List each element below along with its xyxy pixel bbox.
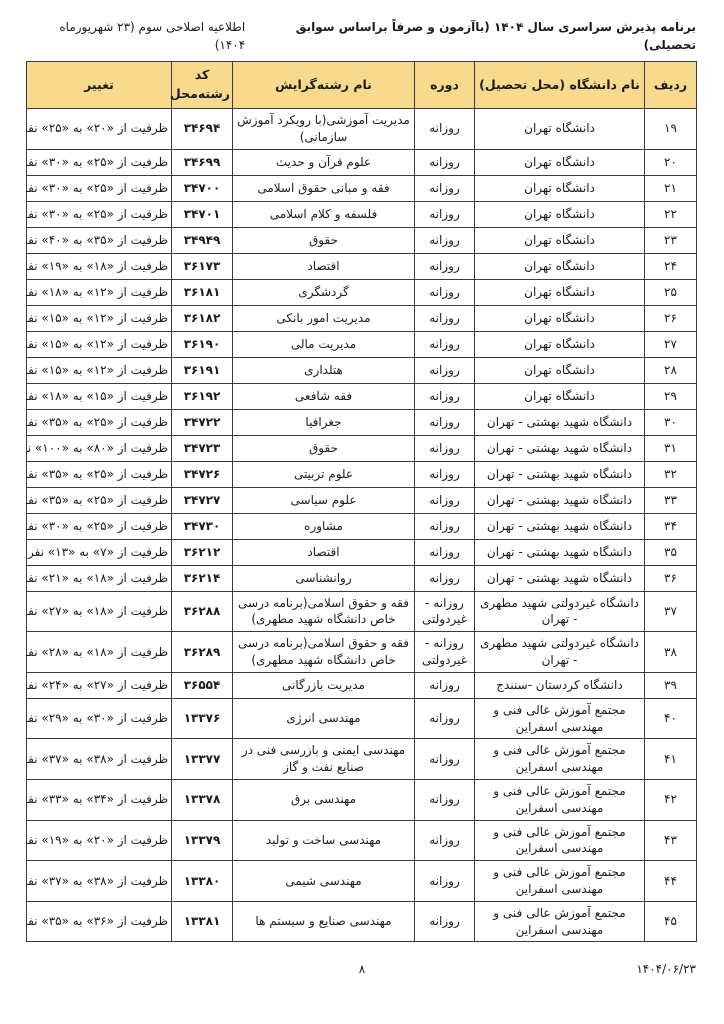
university-name-cell: دانشگاه کردستان -سنندج <box>475 672 645 698</box>
period-cell: روزانه <box>415 149 475 175</box>
university-name-cell: مجتمع آموزش عالی فنی و مهندسی اسفراین <box>475 861 645 902</box>
table-row: ۴۱مجتمع آموزش عالی فنی و مهندسی اسفراینر… <box>27 739 697 780</box>
table-row: ۳۸دانشگاه غیردولتی شهید مطهری - تهرانروز… <box>27 632 697 673</box>
program-code-cell: ۳۶۱۷۳ <box>172 253 233 279</box>
university-name-cell: مجتمع آموزش عالی فنی و مهندسی اسفراین <box>475 820 645 861</box>
row-number-cell: ۳۹ <box>645 672 697 698</box>
capacity-change-cell: ظرفیت از «۱۸» به «۲۱» نفر <box>27 565 172 591</box>
row-number-cell: ۲۴ <box>645 253 697 279</box>
university-name-cell: دانشگاه تهران <box>475 357 645 383</box>
program-code-cell: ۱۳۳۸۱ <box>172 901 233 942</box>
capacity-change-cell: ظرفیت از «۱۲» به «۱۵» نفر <box>27 305 172 331</box>
field-name-cell: فقه و حقوق اسلامی(برنامه درسی خاص دانشگا… <box>233 632 415 673</box>
amendment-notice: اطلاعیه اصلاحی سوم (۲۳ شهریورماه ۱۴۰۴) <box>28 18 245 54</box>
capacity-change-cell: ظرفیت از «۱۸» به «۲۷» نفر <box>27 591 172 632</box>
row-number-cell: ۳۶ <box>645 565 697 591</box>
period-cell: روزانه <box>415 201 475 227</box>
period-cell: روزانه <box>415 357 475 383</box>
footer-date: ۱۴۰۴/۰۶/۲۳ <box>636 962 696 976</box>
period-cell: روزانه - غیردولتی <box>415 591 475 632</box>
university-name-cell: دانشگاه شهید بهشتی - تهران <box>475 435 645 461</box>
row-number-cell: ۲۸ <box>645 357 697 383</box>
period-cell: روزانه <box>415 779 475 820</box>
period-cell: روزانه <box>415 409 475 435</box>
table-row: ۴۵مجتمع آموزش عالی فنی و مهندسی اسفراینر… <box>27 901 697 942</box>
university-name-cell: دانشگاه تهران <box>475 109 645 150</box>
university-name-cell: دانشگاه شهید بهشتی - تهران <box>475 539 645 565</box>
col-header-change: تغییر <box>27 62 172 109</box>
col-header-row-number: ردیف <box>645 62 697 109</box>
row-number-cell: ۳۲ <box>645 461 697 487</box>
field-name-cell: مهندسی برق <box>233 779 415 820</box>
field-name-cell: فقه و مبانی حقوق اسلامی <box>233 175 415 201</box>
row-number-cell: ۲۹ <box>645 383 697 409</box>
field-name-cell: مدیریت آموزشی(با رویکرد آموزش سازمانی) <box>233 109 415 150</box>
program-code-cell: ۳۴۷۳۰ <box>172 513 233 539</box>
table-row: ۴۴مجتمع آموزش عالی فنی و مهندسی اسفراینر… <box>27 861 697 902</box>
capacity-change-cell: ظرفیت از «۲۰» به «۲۵» نفر <box>27 109 172 150</box>
period-cell: روزانه <box>415 331 475 357</box>
university-name-cell: دانشگاه تهران <box>475 201 645 227</box>
field-name-cell: مهندسی انرژی <box>233 698 415 739</box>
period-cell: روزانه <box>415 435 475 461</box>
table-row: ۳۱دانشگاه شهید بهشتی - تهرانروزانهحقوق۳۴… <box>27 435 697 461</box>
field-name-cell: علوم تربیتی <box>233 461 415 487</box>
university-name-cell: مجتمع آموزش عالی فنی و مهندسی اسفراین <box>475 901 645 942</box>
program-code-cell: ۳۴۹۴۹ <box>172 227 233 253</box>
table-row: ۲۹دانشگاه تهرانروزانهفقه شافعی۳۶۱۹۲ظرفیت… <box>27 383 697 409</box>
page-footer: ۸ ۱۴۰۴/۰۶/۲۳ <box>27 962 697 980</box>
program-code-cell: ۳۶۱۹۱ <box>172 357 233 383</box>
period-cell: روزانه - غیردولتی <box>415 632 475 673</box>
capacity-change-cell: ظرفیت از «۲۵» به «۳۰» نفر <box>27 201 172 227</box>
row-number-cell: ۲۶ <box>645 305 697 331</box>
row-number-cell: ۴۰ <box>645 698 697 739</box>
university-name-cell: دانشگاه شهید بهشتی - تهران <box>475 487 645 513</box>
program-code-cell: ۳۴۷۰۰ <box>172 175 233 201</box>
table-row: ۲۶دانشگاه تهرانروزانهمدیریت امور بانکی۳۶… <box>27 305 697 331</box>
capacity-change-cell: ظرفیت از «۸۰» به «۱۰۰» نفر <box>27 435 172 461</box>
capacity-change-cell: ظرفیت از «۱۸» به «۱۹» نفر <box>27 253 172 279</box>
capacity-change-cell: ظرفیت از «۳۶» به «۳۵» نفر <box>27 901 172 942</box>
table-row: ۱۹دانشگاه تهرانروزانهمدیریت آموزشی(با رو… <box>27 109 697 150</box>
capacity-change-cell: ظرفیت از «۱۲» به «۱۵» نفر <box>27 357 172 383</box>
field-name-cell: روانشناسی <box>233 565 415 591</box>
program-code-cell: ۳۴۷۲۷ <box>172 487 233 513</box>
university-name-cell: دانشگاه شهید بهشتی - تهران <box>475 409 645 435</box>
field-name-cell: مهندسی ساخت و تولید <box>233 820 415 861</box>
period-cell: روزانه <box>415 820 475 861</box>
table-row: ۲۱دانشگاه تهرانروزانهفقه و مبانی حقوق اس… <box>27 175 697 201</box>
row-number-cell: ۴۳ <box>645 820 697 861</box>
capacity-change-cell: ظرفیت از «۲۵» به «۳۵» نفر <box>27 461 172 487</box>
table-row: ۲۰دانشگاه تهرانروزانهعلوم قرآن و حدیث۳۴۶… <box>27 149 697 175</box>
university-name-cell: دانشگاه تهران <box>475 227 645 253</box>
university-name-cell: دانشگاه تهران <box>475 279 645 305</box>
field-name-cell: علوم قرآن و حدیث <box>233 149 415 175</box>
program-code-cell: ۳۴۷۲۶ <box>172 461 233 487</box>
period-cell: روزانه <box>415 383 475 409</box>
program-code-cell: ۱۳۳۸۰ <box>172 861 233 902</box>
capacity-change-cell: ظرفیت از «۳۸» به «۳۷» نفر <box>27 861 172 902</box>
university-name-cell: مجتمع آموزش عالی فنی و مهندسی اسفراین <box>475 739 645 780</box>
capacity-change-cell: ظرفیت از «۳۸» به «۳۷» نفر <box>27 739 172 780</box>
program-code-cell: ۳۴۶۹۹ <box>172 149 233 175</box>
field-name-cell: مهندسی ایمنی و بازرسی فنی در صنایع نفت و… <box>233 739 415 780</box>
row-number-cell: ۳۳ <box>645 487 697 513</box>
field-name-cell: حقوق <box>233 227 415 253</box>
university-name-cell: دانشگاه تهران <box>475 383 645 409</box>
period-cell: روزانه <box>415 565 475 591</box>
program-code-cell: ۳۶۲۱۴ <box>172 565 233 591</box>
table-row: ۲۴دانشگاه تهرانروزانهاقتصاد۳۶۱۷۳ظرفیت از… <box>27 253 697 279</box>
admissions-table-body: ۱۹دانشگاه تهرانروزانهمدیریت آموزشی(با رو… <box>27 109 697 942</box>
field-name-cell: مدیریت امور بانکی <box>233 305 415 331</box>
field-name-cell: مشاوره <box>233 513 415 539</box>
table-row: ۳۳دانشگاه شهید بهشتی - تهرانروزانهعلوم س… <box>27 487 697 513</box>
row-number-cell: ۲۲ <box>645 201 697 227</box>
period-cell: روزانه <box>415 487 475 513</box>
period-cell: روزانه <box>415 698 475 739</box>
admissions-table: ردیف نام دانشگاه (محل تحصیل) دوره نام رش… <box>26 61 697 942</box>
capacity-change-cell: ظرفیت از «۲۵» به «۳۰» نفر <box>27 175 172 201</box>
capacity-change-cell: ظرفیت از «۱۲» به «۱۸» نفر <box>27 279 172 305</box>
university-name-cell: دانشگاه غیردولتی شهید مطهری - تهران <box>475 632 645 673</box>
university-name-cell: مجتمع آموزش عالی فنی و مهندسی اسفراین <box>475 779 645 820</box>
col-header-period: دوره <box>415 62 475 109</box>
university-name-cell: دانشگاه شهید بهشتی - تهران <box>475 565 645 591</box>
field-name-cell: فقه شافعی <box>233 383 415 409</box>
university-name-cell: دانشگاه شهید بهشتی - تهران <box>475 513 645 539</box>
program-code-cell: ۳۶۱۹۰ <box>172 331 233 357</box>
program-code-cell: ۳۴۷۰۱ <box>172 201 233 227</box>
field-name-cell: اقتصاد <box>233 539 415 565</box>
table-row: ۴۲مجتمع آموزش عالی فنی و مهندسی اسفراینر… <box>27 779 697 820</box>
program-code-cell: ۱۳۳۷۹ <box>172 820 233 861</box>
period-cell: روزانه <box>415 227 475 253</box>
table-row: ۴۳مجتمع آموزش عالی فنی و مهندسی اسفراینر… <box>27 820 697 861</box>
table-row: ۲۳دانشگاه تهرانروزانهحقوق۳۴۹۴۹ظرفیت از «… <box>27 227 697 253</box>
university-name-cell: دانشگاه شهید بهشتی - تهران <box>475 461 645 487</box>
capacity-change-cell: ظرفیت از «۲۰» به «۱۹» نفر <box>27 820 172 861</box>
capacity-change-cell: ظرفیت از «۲۵» به «۳۰» نفر <box>27 513 172 539</box>
document-page: برنامه پذیرش سراسری سال ۱۴۰۴ (باآزمون و … <box>0 0 724 1024</box>
row-number-cell: ۳۸ <box>645 632 697 673</box>
field-name-cell: حقوق <box>233 435 415 461</box>
table-row: ۳۲دانشگاه شهید بهشتی - تهرانروزانهعلوم ت… <box>27 461 697 487</box>
period-cell: روزانه <box>415 175 475 201</box>
col-header-university: نام دانشگاه (محل تحصیل) <box>475 62 645 109</box>
capacity-change-cell: ظرفیت از «۱۵» به «۱۸» نفر <box>27 383 172 409</box>
university-name-cell: دانشگاه تهران <box>475 175 645 201</box>
period-cell: روزانه <box>415 253 475 279</box>
row-number-cell: ۲۱ <box>645 175 697 201</box>
field-name-cell: اقتصاد <box>233 253 415 279</box>
program-code-cell: ۳۴۷۲۳ <box>172 435 233 461</box>
table-row: ۳۹دانشگاه کردستان -سنندجروزانهمدیریت باز… <box>27 672 697 698</box>
period-cell: روزانه <box>415 461 475 487</box>
program-code-cell: ۳۶۱۸۲ <box>172 305 233 331</box>
university-name-cell: مجتمع آموزش عالی فنی و مهندسی اسفراین <box>475 698 645 739</box>
field-name-cell: هتلداری <box>233 357 415 383</box>
capacity-change-cell: ظرفیت از «۲۷» به «۲۴» نفر <box>27 672 172 698</box>
period-cell: روزانه <box>415 861 475 902</box>
capacity-change-cell: ظرفیت از «۱۲» به «۱۵» نفر <box>27 331 172 357</box>
period-cell: روزانه <box>415 279 475 305</box>
table-row: ۲۸دانشگاه تهرانروزانههتلداری۳۶۱۹۱ظرفیت ا… <box>27 357 697 383</box>
field-name-cell: گردشگری <box>233 279 415 305</box>
university-name-cell: دانشگاه غیردولتی شهید مطهری - تهران <box>475 591 645 632</box>
period-cell: روزانه <box>415 739 475 780</box>
row-number-cell: ۲۳ <box>645 227 697 253</box>
program-code-cell: ۱۳۳۷۸ <box>172 779 233 820</box>
university-name-cell: دانشگاه تهران <box>475 149 645 175</box>
row-number-cell: ۴۵ <box>645 901 697 942</box>
row-number-cell: ۳۱ <box>645 435 697 461</box>
table-row: ۴۰مجتمع آموزش عالی فنی و مهندسی اسفراینر… <box>27 698 697 739</box>
period-cell: روزانه <box>415 539 475 565</box>
page-number: ۸ <box>359 962 365 976</box>
document-title: برنامه پذیرش سراسری سال ۱۴۰۴ (باآزمون و … <box>245 18 696 54</box>
period-cell: روزانه <box>415 513 475 539</box>
period-cell: روزانه <box>415 305 475 331</box>
program-code-cell: ۳۶۲۸۹ <box>172 632 233 673</box>
row-number-cell: ۲۵ <box>645 279 697 305</box>
table-row: ۳۰دانشگاه شهید بهشتی - تهرانروزانهجغرافی… <box>27 409 697 435</box>
row-number-cell: ۲۷ <box>645 331 697 357</box>
row-number-cell: ۳۵ <box>645 539 697 565</box>
page-header: برنامه پذیرش سراسری سال ۱۴۰۴ (باآزمون و … <box>28 18 696 54</box>
program-code-cell: ۳۶۲۸۸ <box>172 591 233 632</box>
program-code-cell: ۳۶۱۸۱ <box>172 279 233 305</box>
table-header-row: ردیف نام دانشگاه (محل تحصیل) دوره نام رش… <box>27 62 697 109</box>
university-name-cell: دانشگاه تهران <box>475 253 645 279</box>
table-row: ۲۵دانشگاه تهرانروزانهگردشگری۳۶۱۸۱ظرفیت ا… <box>27 279 697 305</box>
field-name-cell: مدیریت مالی <box>233 331 415 357</box>
field-name-cell: فلسفه و کلام اسلامی <box>233 201 415 227</box>
period-cell: روزانه <box>415 109 475 150</box>
field-name-cell: مهندسی شیمی <box>233 861 415 902</box>
program-code-cell: ۱۳۳۷۷ <box>172 739 233 780</box>
program-code-cell: ۳۴۷۲۲ <box>172 409 233 435</box>
table-row: ۲۷دانشگاه تهرانروزانهمدیریت مالی۳۶۱۹۰ظرف… <box>27 331 697 357</box>
field-name-cell: مدیریت بازرگانی <box>233 672 415 698</box>
row-number-cell: ۴۴ <box>645 861 697 902</box>
row-number-cell: ۳۷ <box>645 591 697 632</box>
capacity-change-cell: ظرفیت از «۲۵» به «۳۰» نفر <box>27 149 172 175</box>
university-name-cell: دانشگاه تهران <box>475 305 645 331</box>
row-number-cell: ۲۰ <box>645 149 697 175</box>
row-number-cell: ۳۴ <box>645 513 697 539</box>
col-header-code: کد رشته‌محل <box>172 62 233 109</box>
capacity-change-cell: ظرفیت از «۳۴» به «۳۳» نفر <box>27 779 172 820</box>
table-row: ۳۶دانشگاه شهید بهشتی - تهرانروزانهروانشن… <box>27 565 697 591</box>
field-name-cell: جغرافیا <box>233 409 415 435</box>
program-code-cell: ۱۳۳۷۶ <box>172 698 233 739</box>
capacity-change-cell: ظرفیت از «۳۰» به «۲۹» نفر <box>27 698 172 739</box>
program-code-cell: ۳۴۶۹۴ <box>172 109 233 150</box>
university-name-cell: دانشگاه تهران <box>475 331 645 357</box>
program-code-cell: ۳۶۵۵۴ <box>172 672 233 698</box>
capacity-change-cell: ظرفیت از «۲۵» به «۳۵» نفر <box>27 409 172 435</box>
row-number-cell: ۱۹ <box>645 109 697 150</box>
capacity-change-cell: ظرفیت از «۱۸» به «۲۸» نفر <box>27 632 172 673</box>
field-name-cell: مهندسی صنایع و سیستم ها <box>233 901 415 942</box>
field-name-cell: فقه و حقوق اسلامی(برنامه درسی خاص دانشگا… <box>233 591 415 632</box>
table-row: ۳۷دانشگاه غیردولتی شهید مطهری - تهرانروز… <box>27 591 697 632</box>
program-code-cell: ۳۶۱۹۲ <box>172 383 233 409</box>
period-cell: روزانه <box>415 672 475 698</box>
capacity-change-cell: ظرفیت از «۲۵» به «۳۵» نفر <box>27 487 172 513</box>
row-number-cell: ۴۲ <box>645 779 697 820</box>
col-header-field: نام رشته‌گرایش <box>233 62 415 109</box>
row-number-cell: ۳۰ <box>645 409 697 435</box>
period-cell: روزانه <box>415 901 475 942</box>
row-number-cell: ۴۱ <box>645 739 697 780</box>
table-row: ۳۴دانشگاه شهید بهشتی - تهرانروزانهمشاوره… <box>27 513 697 539</box>
capacity-change-cell: ظرفیت از «۷» به «۱۳» نفر <box>27 539 172 565</box>
table-row: ۲۲دانشگاه تهرانروزانهفلسفه و کلام اسلامی… <box>27 201 697 227</box>
program-code-cell: ۳۶۲۱۲ <box>172 539 233 565</box>
table-row: ۳۵دانشگاه شهید بهشتی - تهرانروزانهاقتصاد… <box>27 539 697 565</box>
capacity-change-cell: ظرفیت از «۳۵» به «۴۰» نفر <box>27 227 172 253</box>
field-name-cell: علوم سیاسی <box>233 487 415 513</box>
